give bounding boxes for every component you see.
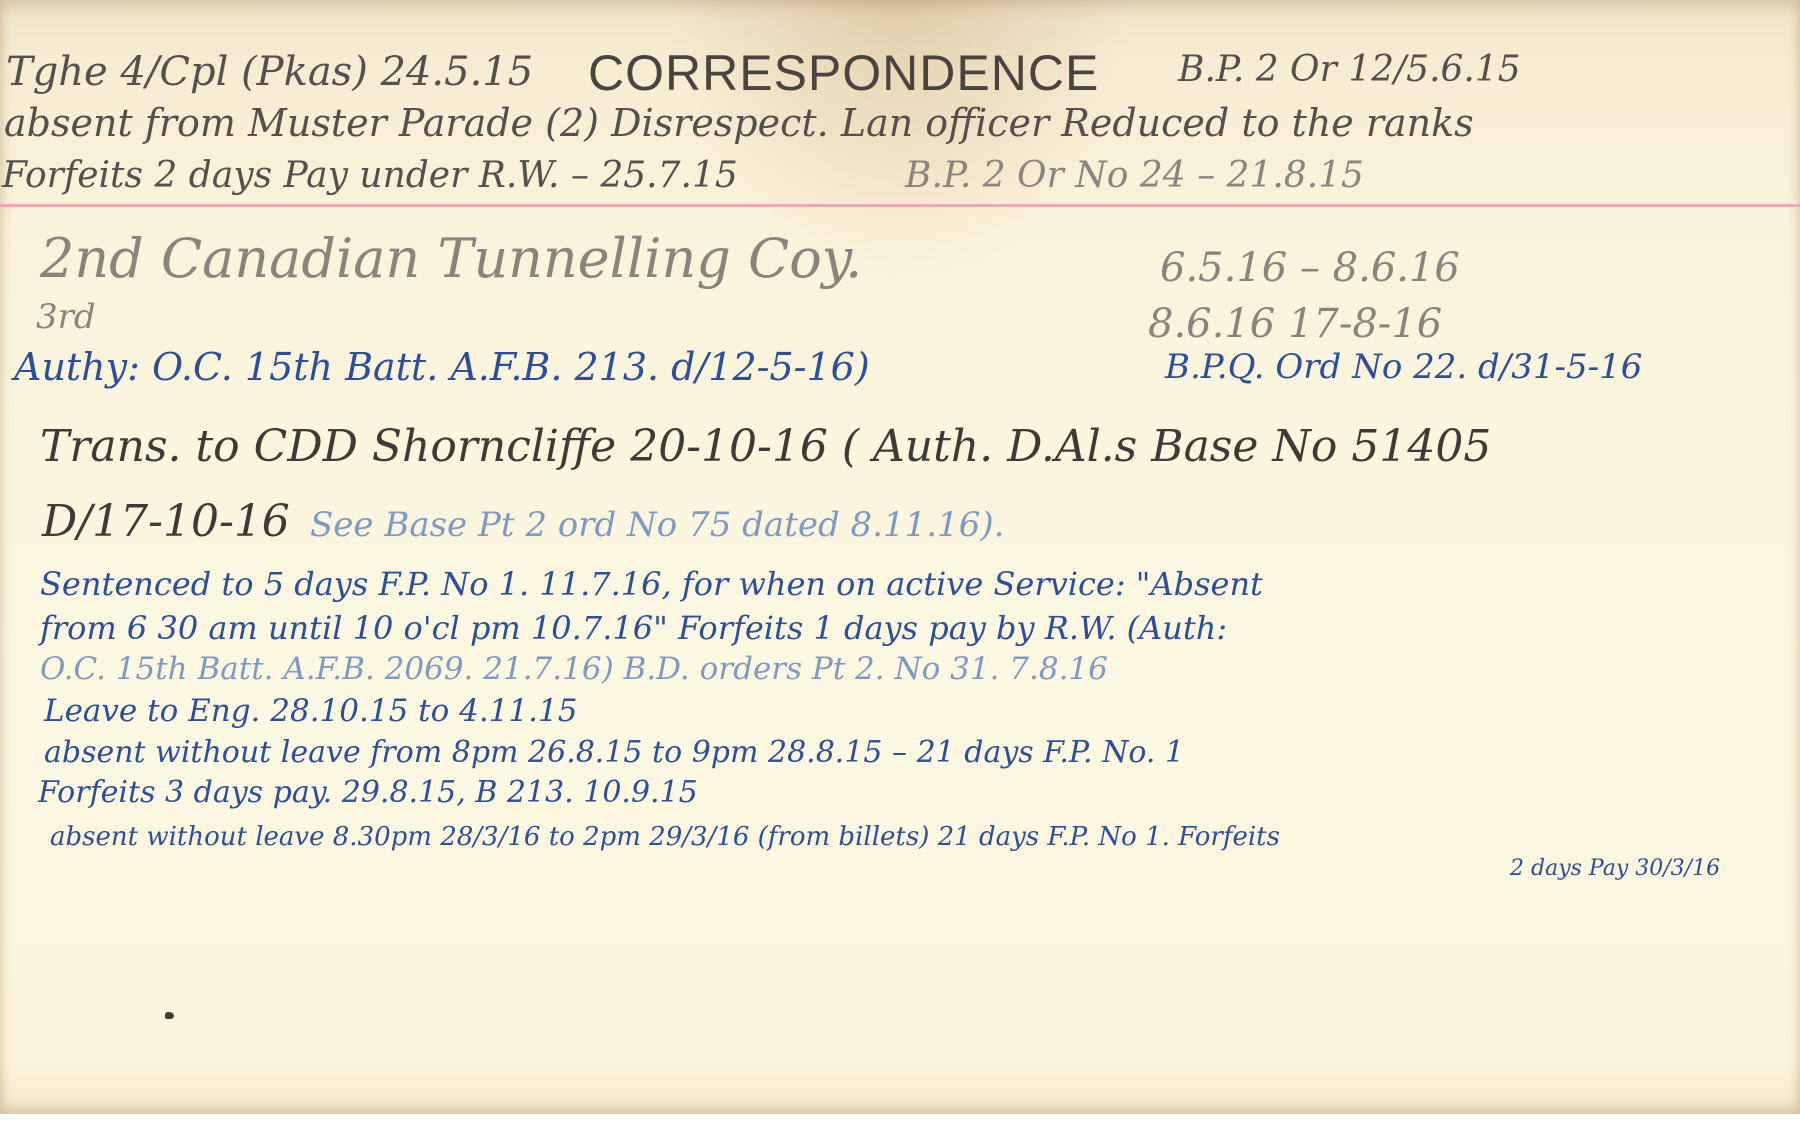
entry-authority-order: B.P.Q. Ord No 22. d/31-5-16 [1165, 350, 1642, 384]
entry-transfer: Trans. to CDD Shorncliffe 20-10-16 ( Aut… [40, 425, 1491, 469]
record-card: CORRESPONDENCE Tghe 4/Cpl (Pkas) 24.5.15… [0, 0, 1800, 1114]
entry-leave: Leave to Eng. 28.10.15 to 4.11.15 [44, 696, 577, 727]
printed-heading: CORRESPONDENCE [588, 48, 1099, 98]
red-ruled-line [0, 204, 1800, 207]
ink-spot [165, 1012, 174, 1019]
entry-transfer-ref: See Base Pt 2 ord No 75 dated 8.11.16). [310, 508, 1004, 542]
entry-awol-1: absent without leave from 8pm 26.8.15 to… [44, 738, 1184, 768]
entry-unit-ordinal: 3rd [36, 300, 96, 334]
entry-offence: absent from Muster Parade (2) Disrespect… [4, 104, 1474, 142]
entry-order-ref: B.P. 2 Or 12/5.6.15 [1178, 52, 1521, 88]
entry-sentence: Sentenced to 5 days F.P. No 1. 11.7.16, … [40, 568, 1263, 600]
entry-unit-dates: 6.5.16 – 8.6.16 [1160, 248, 1460, 288]
entry-rank-date: Tghe 4/Cpl (Pkas) 24.5.15 [6, 52, 533, 92]
entry-unit-dates-2: 8.6.16 17-8-16 [1148, 304, 1442, 344]
entry-forfeit: Forfeits 2 days Pay under R.W. – 25.7.15 [2, 158, 738, 194]
entry-forfeit-order: B.P. 2 Or No 24 – 21.8.15 [905, 158, 1364, 194]
entry-unit: 2nd Canadian Tunnelling Coy. [40, 232, 862, 286]
entry-authority: Authy: O.C. 15th Batt. A.F.B. 213. d/12-… [14, 348, 870, 386]
entry-awol-1-forfeit: Forfeits 3 days pay. 29.8.15, B 213. 10.… [38, 778, 698, 808]
entry-transfer-date: D/17-10-16 [42, 500, 290, 544]
entry-awol-2: absent without leave 8.30pm 28/3/16 to 2… [50, 824, 1280, 850]
entry-sentence-3: O.C. 15th Batt. A.F.B. 2069. 21.7.16) B.… [40, 654, 1108, 685]
entry-sentence-2: from 6 30 am until 10 o'cl pm 10.7.16" F… [40, 612, 1227, 644]
entry-awol-2-forfeit: 2 days Pay 30/3/16 [1510, 858, 1720, 880]
